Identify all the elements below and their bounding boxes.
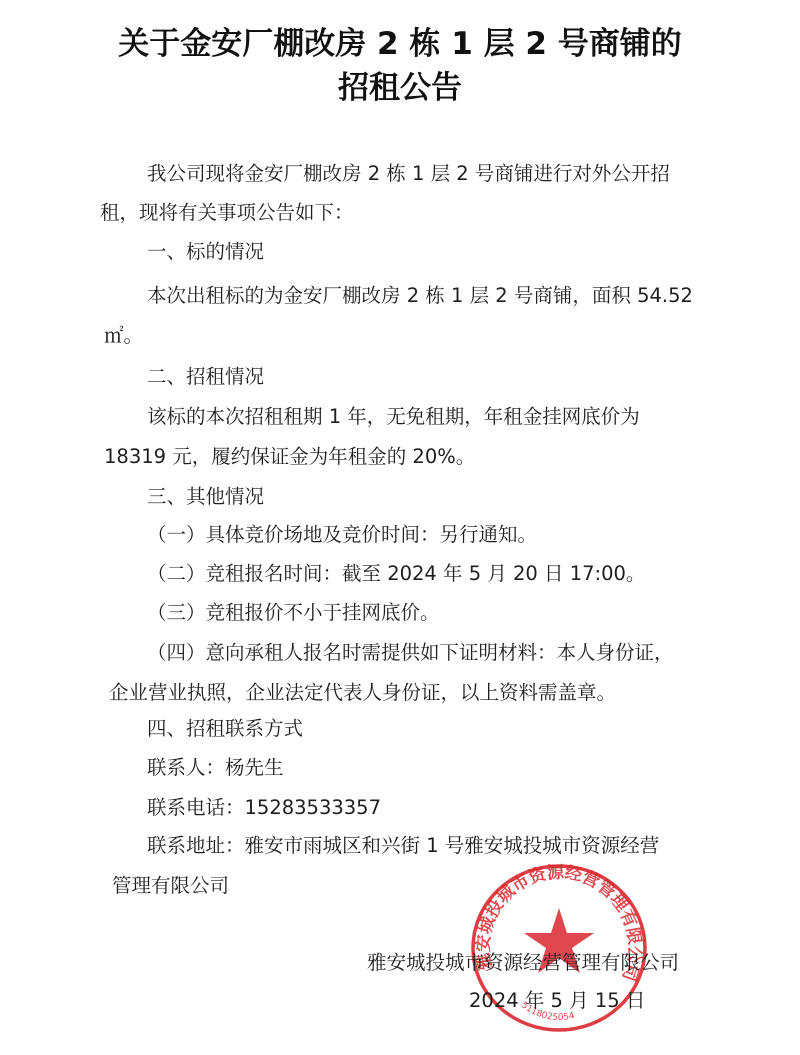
section-1-text-line-1: 本次出租标的为金安厂棚改房 2 栋 1 层 2 号商铺，面积 54.52 — [147, 280, 693, 308]
signature-company: 雅安城投城市资源经营管理有限公司 — [367, 947, 679, 975]
intro-paragraph-line-1: 我公司现将金安厂棚改房 2 栋 1 层 2 号商铺进行对外公开招 — [147, 158, 670, 186]
section-2-text-line-1: 该标的本次招租租期 1 年，无免租期，年租金挂网底价为 — [147, 401, 640, 429]
section-3-item-3: （三）竞租报价不小于挂网底价。 — [147, 597, 440, 625]
signature-date: 2024 年 5 月 15 日 — [469, 985, 645, 1013]
document-title-line-2: 招租公告 — [0, 62, 800, 107]
section-1-text-line-2: ㎡。 — [104, 320, 143, 348]
intro-paragraph-line-2: 租，现将有关事项公告如下： — [100, 197, 354, 225]
section-3-heading: 三、其他情况 — [147, 481, 264, 509]
section-3-item-4-line-2: 企业营业执照，企业法定代表人身份证，以上资料需盖章。 — [109, 677, 616, 705]
contact-phone: 联系电话：15283533357 — [147, 792, 381, 820]
section-4-heading: 四、招租联系方式 — [147, 713, 303, 741]
section-3-item-2: （二）竞租报名时间：截至 2024 年 5 月 20 日 17:00。 — [147, 558, 645, 586]
document-title-line-1: 关于金安厂棚改房 2 栋 1 层 2 号商铺的 — [0, 18, 800, 63]
section-2-text-line-2: 18319 元，履约保证金为年租金的 20%。 — [104, 441, 475, 469]
contact-address-line-1: 联系地址：雅安市雨城区和兴街 1 号雅安城投城市资源经营 — [147, 830, 659, 858]
section-3-item-4-line-1: （四）意向承租人报名时需提供如下证明材料：本人身份证， — [147, 637, 674, 665]
contact-address-line-2: 管理有限公司 — [112, 870, 229, 898]
section-3-item-1: （一）具体竞价场地及竞价时间：另行通知。 — [147, 519, 537, 547]
contact-person: 联系人：杨先生 — [147, 752, 284, 780]
section-2-heading: 二、招租情况 — [147, 361, 264, 389]
section-1-heading: 一、标的情况 — [147, 236, 264, 264]
